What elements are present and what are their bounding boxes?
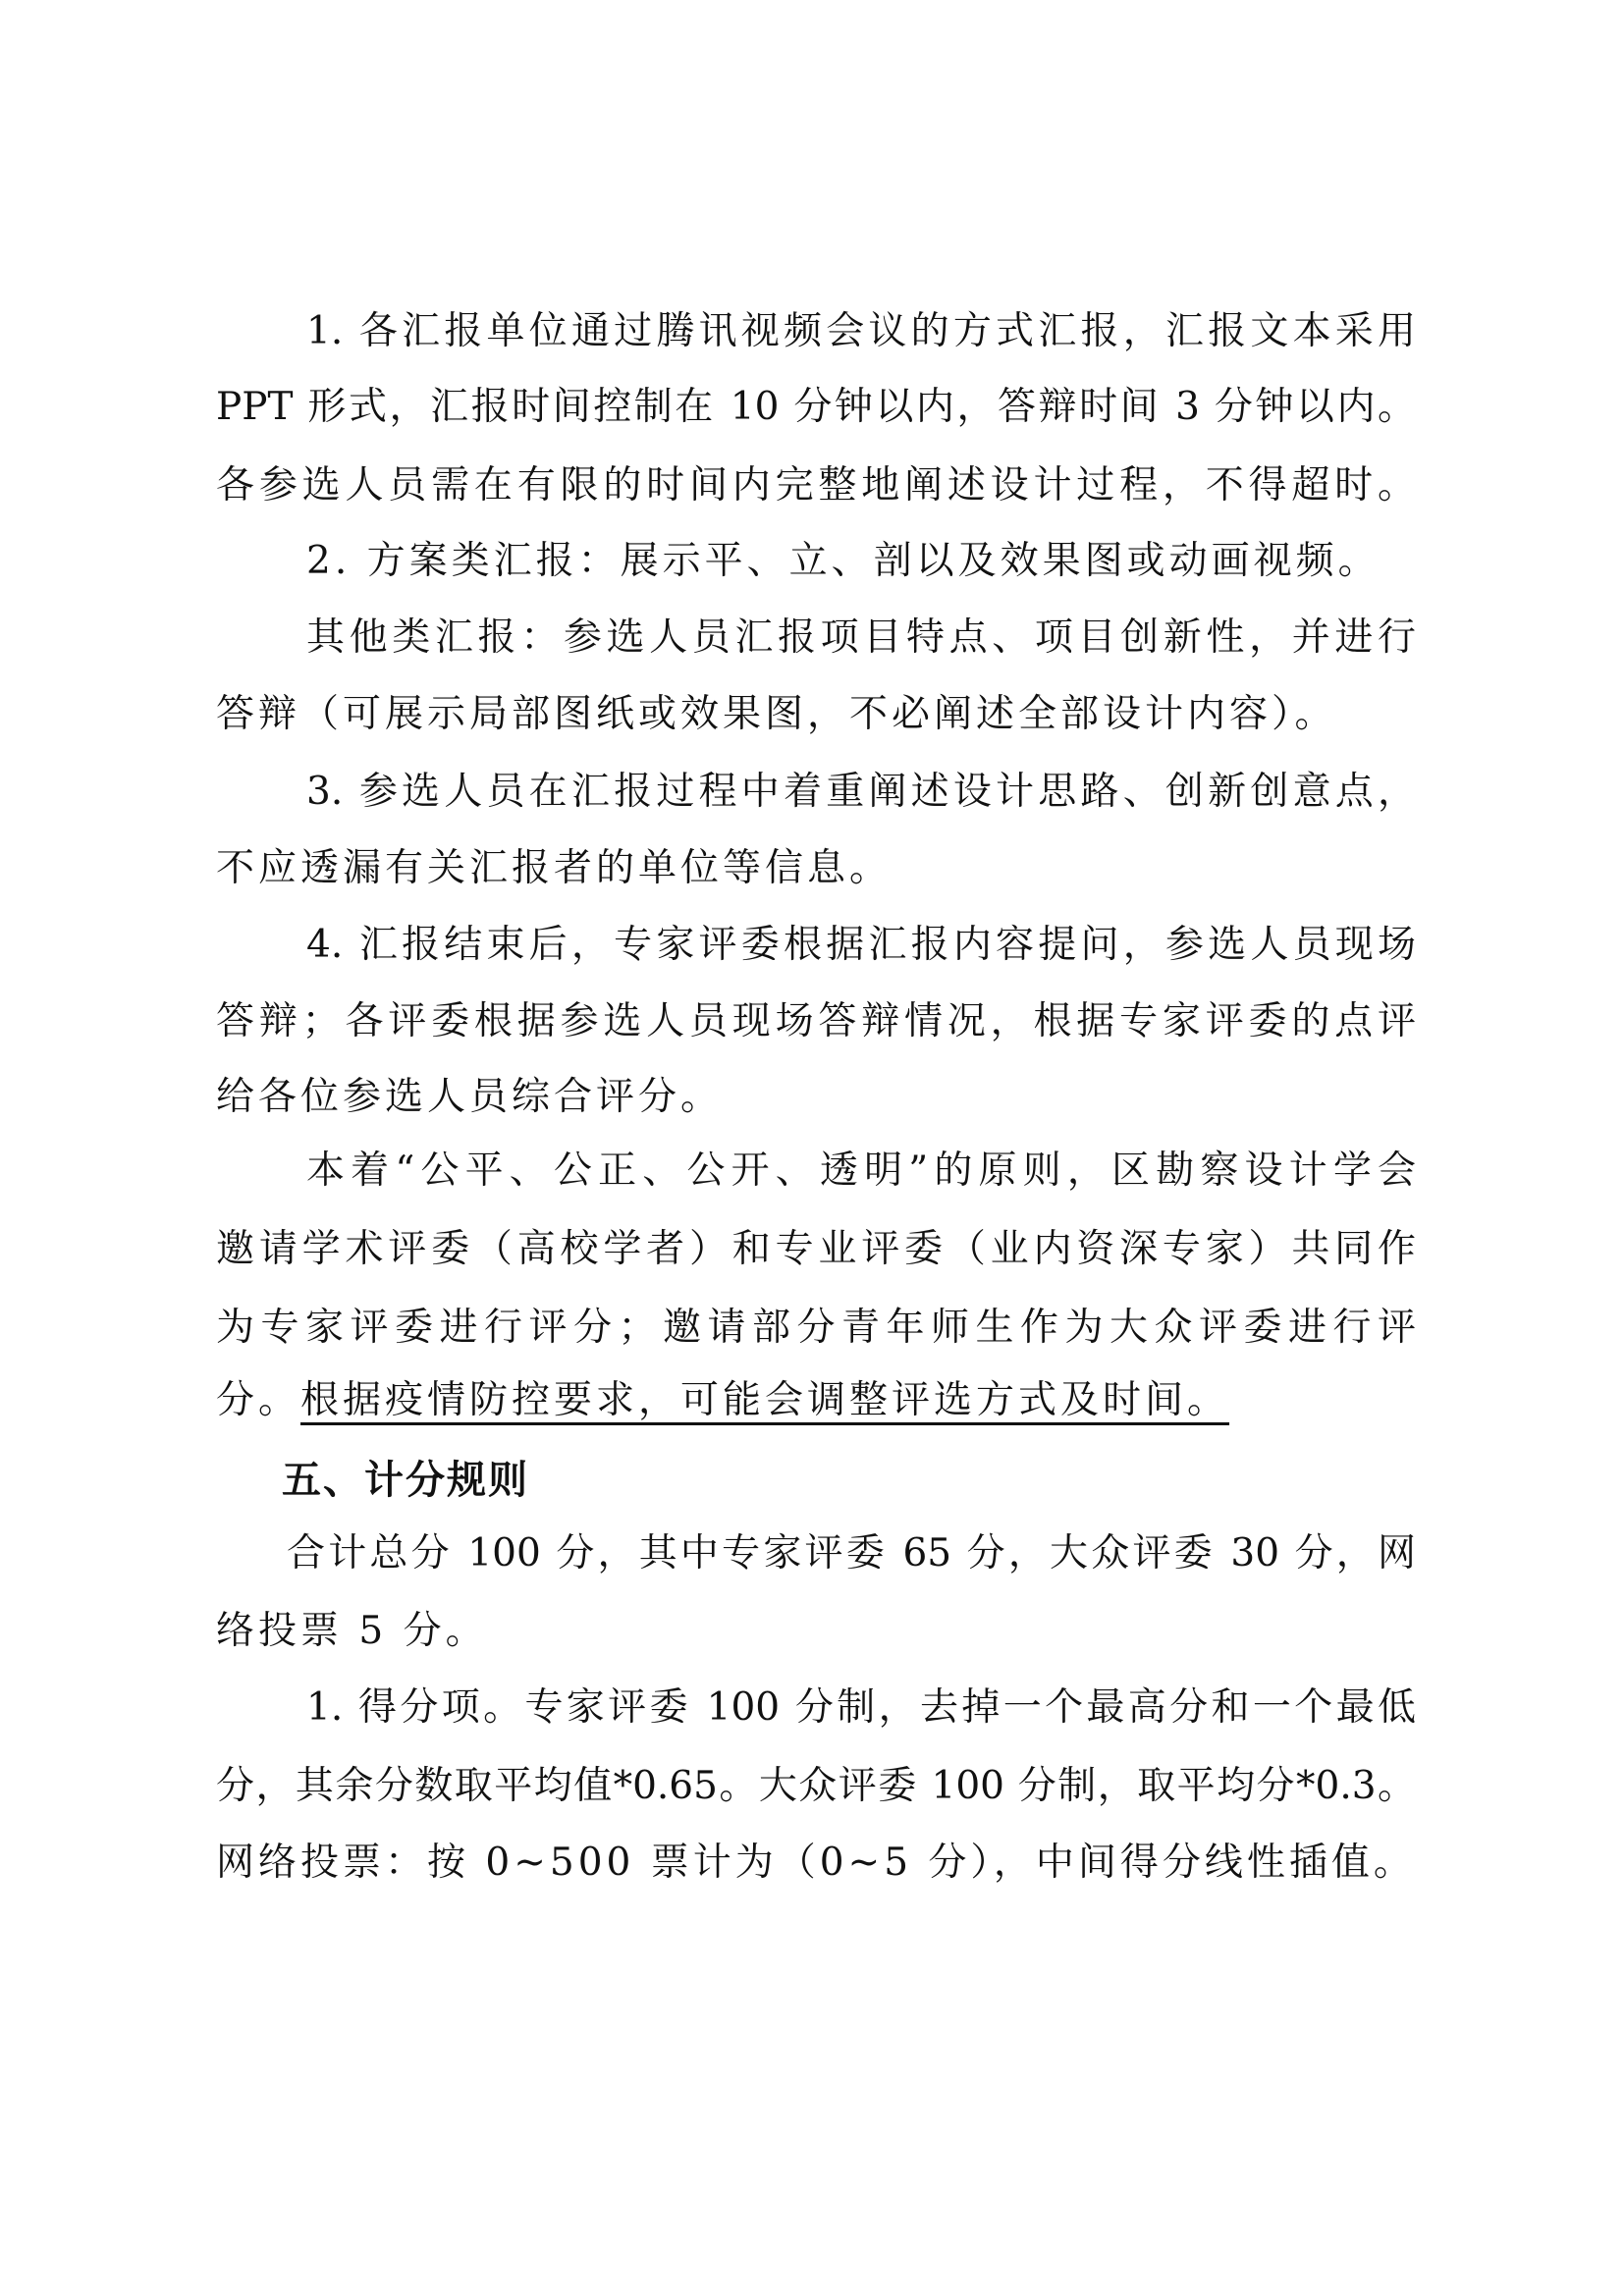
- paragraph-line: 网络投票：按 0~500 票计为（0~5 分），中间得分线性插值。: [216, 1836, 1416, 1891]
- paragraph-line: 2. 方案类汇报：展示平、立、剖以及效果图或动画视频。: [306, 534, 1380, 589]
- paragraph-line: 给各位参选人员综合评分。: [216, 1070, 723, 1125]
- line-text: 1​.​ ​得​分​项​。​专​家​评​委​ ​1​0​0​ ​分​制​，​去​…: [306, 1685, 1416, 1730]
- line-text: 合​计​总​分​ ​1​0​0​ ​分​，​其​中​专​家​评​委​ ​6​5​…: [287, 1531, 1416, 1575]
- paragraph-line: 各​参​选​人​员​需​在​有​限​的​时​间​内​完​整​地​阐​述​设​计​…: [216, 458, 1416, 513]
- paragraph-line: 答​辩​；​各​评​委​根​据​参​选​人​员​现​场​答​辩​情​况​，​根​…: [216, 994, 1416, 1049]
- paragraph-line: 1​.​ ​各​汇​报​单​位​通​过​腾​讯​视​频​会​议​的​方​式​汇​…: [306, 304, 1416, 359]
- line-text: 本​着​“​公​平​、​公​正​、​公​开​、​透​明​”​的​原​则​，​区​…: [306, 1148, 1416, 1193]
- line-text: 3​.​ ​参​选​人​员​在​汇​报​过​程​中​着​重​阐​述​设​计​思​…: [306, 770, 1416, 814]
- paragraph-line: 分​，​其​余​分​数​取​平​均​值​*​0​.​6​5​。​大​众​评​委​…: [216, 1759, 1416, 1814]
- line-text: 4​.​ ​汇​报​结​束​后​，​专​家​评​委​根​据​汇​报​内​容​提​…: [306, 923, 1416, 967]
- paragraph-line: 不应透漏有关汇报者的单位等信息。: [216, 841, 892, 896]
- paragraph-line: 4​.​ ​汇​报​结​束​后​，​专​家​评​委​根​据​汇​报​内​容​提​…: [306, 918, 1416, 973]
- paragraph-line: 合​计​总​分​ ​1​0​0​ ​分​，​其​中​专​家​评​委​ ​6​5​…: [287, 1526, 1416, 1581]
- section-heading: 五、计分规则: [282, 1451, 529, 1510]
- line-text: P​P​T​ ​形​式​，​汇​报​时​间​控​制​在​ ​1​0​ ​分​钟​…: [216, 385, 1416, 429]
- document-page: 1​.​ ​各​汇​报​单​位​通​过​腾​讯​视​频​会​议​的​方​式​汇​…: [0, 0, 1624, 2296]
- line-text: 为​专​家​评​委​进​行​评​分​；​邀​请​部​分​青​年​师​生​作​为​…: [216, 1306, 1416, 1350]
- line-text: 答​辩​；​各​评​委​根​据​参​选​人​员​现​场​答​辩​情​况​，​根​…: [216, 999, 1416, 1043]
- line-text: 1​.​ ​各​汇​报​单​位​通​过​腾​讯​视​频​会​议​的​方​式​汇​…: [306, 309, 1416, 353]
- line-text: 给各位参选人员综合评分。: [216, 1075, 723, 1119]
- line-text: 网络投票：按 0~500 票计为（0~5 分），中间得分线性插值。: [216, 1841, 1416, 1885]
- line-text: 邀​请​学​术​评​委​（​高​校​学​者​）​和​专​业​评​委​（​业​内​…: [216, 1227, 1416, 1271]
- line-text: 分​，​其​余​分​数​取​平​均​值​*​0​.​6​5​。​大​众​评​委​…: [216, 1764, 1416, 1808]
- paragraph-line: 答辩（可展示局部图纸或效果图，不必阐述全部设计内容）。: [216, 687, 1337, 742]
- paragraph-line: P​P​T​ ​形​式​，​汇​报​时​间​控​制​在​ ​1​0​ ​分​钟​…: [216, 380, 1416, 435]
- line-text: 其​他​类​汇​报​：​参​选​人​员​汇​报​项​目​特​点​、​项​目​创​…: [306, 615, 1416, 660]
- line-text: 答辩（可展示局部图纸或效果图，不必阐述全部设计内容）。: [216, 692, 1337, 736]
- underlined-notice: 根据疫情防控要求，可能会调整评选方式及时间。: [300, 1378, 1229, 1422]
- paragraph-line: 为​专​家​评​委​进​行​评​分​；​邀​请​部​分​青​年​师​生​作​为​…: [216, 1301, 1416, 1356]
- paragraph-line: 本​着​“​公​平​、​公​正​、​公​开​、​透​明​”​的​原​则​，​区​…: [306, 1144, 1416, 1199]
- line-text: 各​参​选​人​员​需​在​有​限​的​时​间​内​完​整​地​阐​述​设​计​…: [216, 463, 1416, 507]
- paragraph-line: 邀​请​学​术​评​委​（​高​校​学​者​）​和​专​业​评​委​（​业​内​…: [216, 1222, 1416, 1277]
- paragraph-line: 络投票 5 分。: [216, 1604, 488, 1659]
- line-text: 分。: [216, 1378, 300, 1422]
- paragraph-line: 分。根据疫情防控要求，可能会调整评选方式及时间。: [216, 1373, 1229, 1428]
- paragraph-line: 其​他​类​汇​报​：​参​选​人​员​汇​报​项​目​特​点​、​项​目​创​…: [306, 611, 1416, 666]
- line-text: 不应透漏有关汇报者的单位等信息。: [216, 846, 892, 890]
- line-text: 2. 方案类汇报：展示平、立、剖以及效果图或动画视频。: [306, 539, 1380, 583]
- paragraph-line: 1​.​ ​得​分​项​。​专​家​评​委​ ​1​0​0​ ​分​制​，​去​…: [306, 1681, 1416, 1735]
- paragraph-line: 3​.​ ​参​选​人​员​在​汇​报​过​程​中​着​重​阐​述​设​计​思​…: [306, 765, 1416, 820]
- line-text: 络投票 5 分。: [216, 1609, 488, 1653]
